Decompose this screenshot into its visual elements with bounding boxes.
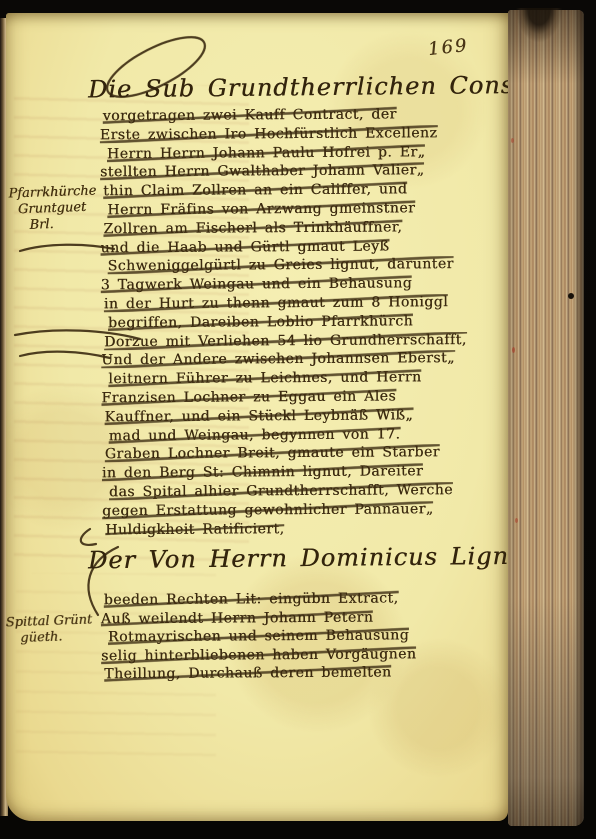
manuscript-line-text: Kauffner, und ein Stückl Leybnäß Wiß„ — [105, 407, 414, 425]
flourish-stroke — [20, 352, 110, 358]
manuscript-page: 169 Pfarrkhürche Gruntguet Brl. Spittal … — [6, 13, 508, 821]
manuscript-line: Schweniggelgürtl zu Greies lignut, darun… — [108, 255, 507, 276]
manuscript-line: selig hinterbliebenen haben Vorgäugnen — [101, 644, 507, 665]
manuscript-line-text: Zollren am Fischerl als Trinkhäuffner, — [103, 219, 402, 237]
manuscript-line: Herrn Herrn Johann Paulu Hofrei p. Er„ — [107, 142, 506, 163]
manuscript-line: Erste zwischen Iro Hochfürstlich Excelle… — [100, 124, 506, 145]
manuscript-line-text: Theillung, Durchauß deren bemelten — [104, 664, 391, 682]
manuscript-line-text: Rotmayrischen und seinem Behausung — [108, 627, 409, 645]
manuscript-line: Zollren am Fischerl als Trinkhäuffner, — [103, 218, 506, 239]
margin-note-pfarrkirche: Pfarrkhürche Gruntguet Brl. — [8, 183, 98, 234]
manuscript-line: beeden Rechten Lit: eingübn Extract, — [104, 589, 507, 610]
manuscript-line-text: Erste zwischen Iro Hochfürstlich Excelle… — [100, 125, 438, 143]
section-heading-dominicus: Der Von Herrn Dominicus Lignis — [88, 542, 531, 575]
manuscript-line-text: Und der Andere zwischen Johannsen Eberst… — [101, 350, 455, 368]
manuscript-line: gegen Erstattung gewohnlicher Pannauer„ — [102, 499, 508, 520]
manuscript-line-text: gegen Erstattung gewohnlicher Pannauer„ — [102, 501, 434, 519]
manuscript-line-text: begriffen, Dareiben Loblio Pfarrkhürch — [108, 313, 413, 331]
manuscript-line-text: in den Berg St: Chimnin lignut, Dareiter — [102, 463, 423, 481]
manuscript-line: Herrn Fräfins von Arzwang gmeinstner — [107, 199, 506, 220]
red-fleck — [515, 518, 518, 523]
book-fore-edge — [508, 10, 584, 826]
manuscript-line: thin Claim Zollren an ein Califfer, und — [103, 180, 506, 201]
manuscript-line: Graben Lochner Breit, gmaute ein Starber — [105, 443, 508, 464]
manuscript-line: Und der Andere zwischen Johannsen Eberst… — [101, 349, 507, 370]
manuscript-line: Dorzue mit Verliehen 54 lio Grundherrsch… — [104, 330, 507, 351]
section-body-dominicus: beeden Rechten Lit: eingübn Extract,Auß … — [101, 589, 508, 684]
margin-note-line: Gruntguet — [18, 199, 97, 218]
manuscript-line: Auß weilendt Herrn Johann Petern — [101, 607, 507, 628]
manuscript-line-text: Schweniggelgürtl zu Greies lignut, darun… — [108, 256, 454, 274]
manuscript-line: Franzisen Lochner zu Eggau ein Ales — [101, 387, 507, 408]
manuscript-line-text: Herrn Fräfins von Arzwang gmeinstner — [107, 200, 415, 218]
manuscript-line-text: selig hinterbliebenen haben Vorgäugnen — [101, 646, 416, 664]
manuscript-line: vorgetragen zwei Kauff Contract, der — [103, 105, 506, 126]
manuscript-line-text: mad und Weingau, begynnen von 17. — [109, 426, 401, 444]
margin-note-line: Spittal Grünt — [5, 613, 92, 632]
manuscript-line: und die Haab und Gürtl gmaut Leyß — [100, 236, 506, 257]
manuscript-line: 3 Tagwerk Weingau und ein Behausung — [101, 274, 507, 295]
page-number: 169 — [427, 35, 469, 60]
manuscript-line-text: das Spital alhier Grundtherrschafft, Wer… — [109, 482, 453, 500]
margin-note-spital: Spittal Grünt güeth. — [5, 613, 93, 648]
red-fleck — [511, 138, 514, 143]
manuscript-line: Kauffner, und ein Stückl Leybnäß Wiß„ — [105, 406, 508, 427]
manuscript-line: stellten Herrn Gwalthaber Johann Valier„ — [100, 161, 506, 182]
manuscript-line: Rotmayrischen und seinem Behausung — [108, 626, 507, 647]
manuscript-line: in den Berg St: Chimnin lignut, Dareiter — [102, 462, 508, 483]
photo-background: 169 Pfarrkhürche Gruntguet Brl. Spittal … — [0, 0, 596, 839]
manuscript-line-text: Graben Lochner Breit, gmaute ein Starber — [105, 445, 440, 463]
section-body-consens: vorgetragen zwei Kauff Contract, derErst… — [100, 105, 509, 540]
manuscript-line-text: stellten Herrn Gwalthaber Johann Valier„ — [100, 163, 424, 181]
manuscript-line-text: Huldigkheit Ratificiert, — [105, 521, 284, 538]
fore-edge-shading — [508, 10, 584, 826]
margin-note-line: Brl. — [29, 215, 97, 233]
manuscript-line-text: beeden Rechten Lit: eingübn Extract, — [104, 590, 399, 608]
manuscript-line-text: Dorzue mit Verliehen 54 lio Grundherrsch… — [104, 332, 467, 350]
manuscript-line: Theillung, Durchauß deren bemelten — [104, 663, 507, 684]
margin-note-line: güeth. — [20, 628, 93, 647]
dark-speck — [568, 293, 574, 299]
manuscript-line-text: Franzisen Lochner zu Eggau ein Ales — [101, 388, 396, 406]
fore-edge-damage-notch — [516, 8, 562, 42]
manuscript-line-text: Herrn Herrn Johann Paulu Hofrei p. Er„ — [107, 144, 426, 162]
manuscript-line-text: vorgetragen zwei Kauff Contract, der — [103, 106, 397, 124]
manuscript-line-text: und die Haab und Gürtl gmaut Leyß — [100, 238, 389, 256]
flourish-stroke — [81, 529, 96, 545]
manuscript-line-text: in der Hurt zu thenn gmaut zum 8 Honiggl — [104, 294, 448, 312]
manuscript-line: leitnern Führer zu Leichnes, und Herrn — [108, 368, 507, 389]
manuscript-line-text: Auß weilendt Herrn Johann Petern — [101, 609, 374, 627]
manuscript-line: begriffen, Dareiben Loblio Pfarrkhürch — [108, 312, 507, 333]
manuscript-line: in der Hurt zu thenn gmaut zum 8 Honiggl — [104, 293, 507, 314]
manuscript-line: Huldigkheit Ratificiert, — [105, 518, 508, 539]
red-fleck — [512, 347, 515, 353]
section-heading-consens: Die Sub Grundtherrlichen Consens — [88, 71, 559, 104]
manuscript-line: mad und Weingau, begynnen von 17. — [109, 424, 508, 445]
manuscript-line-text: leitnern Führer zu Leichnes, und Herrn — [108, 369, 421, 387]
manuscript-line-text: thin Claim Zollren an ein Califfer, und — [103, 182, 407, 200]
manuscript-line-text: 3 Tagwerk Weingau und ein Behausung — [101, 276, 413, 294]
manuscript-line: das Spital alhier Grundtherrschafft, Wer… — [109, 481, 508, 502]
